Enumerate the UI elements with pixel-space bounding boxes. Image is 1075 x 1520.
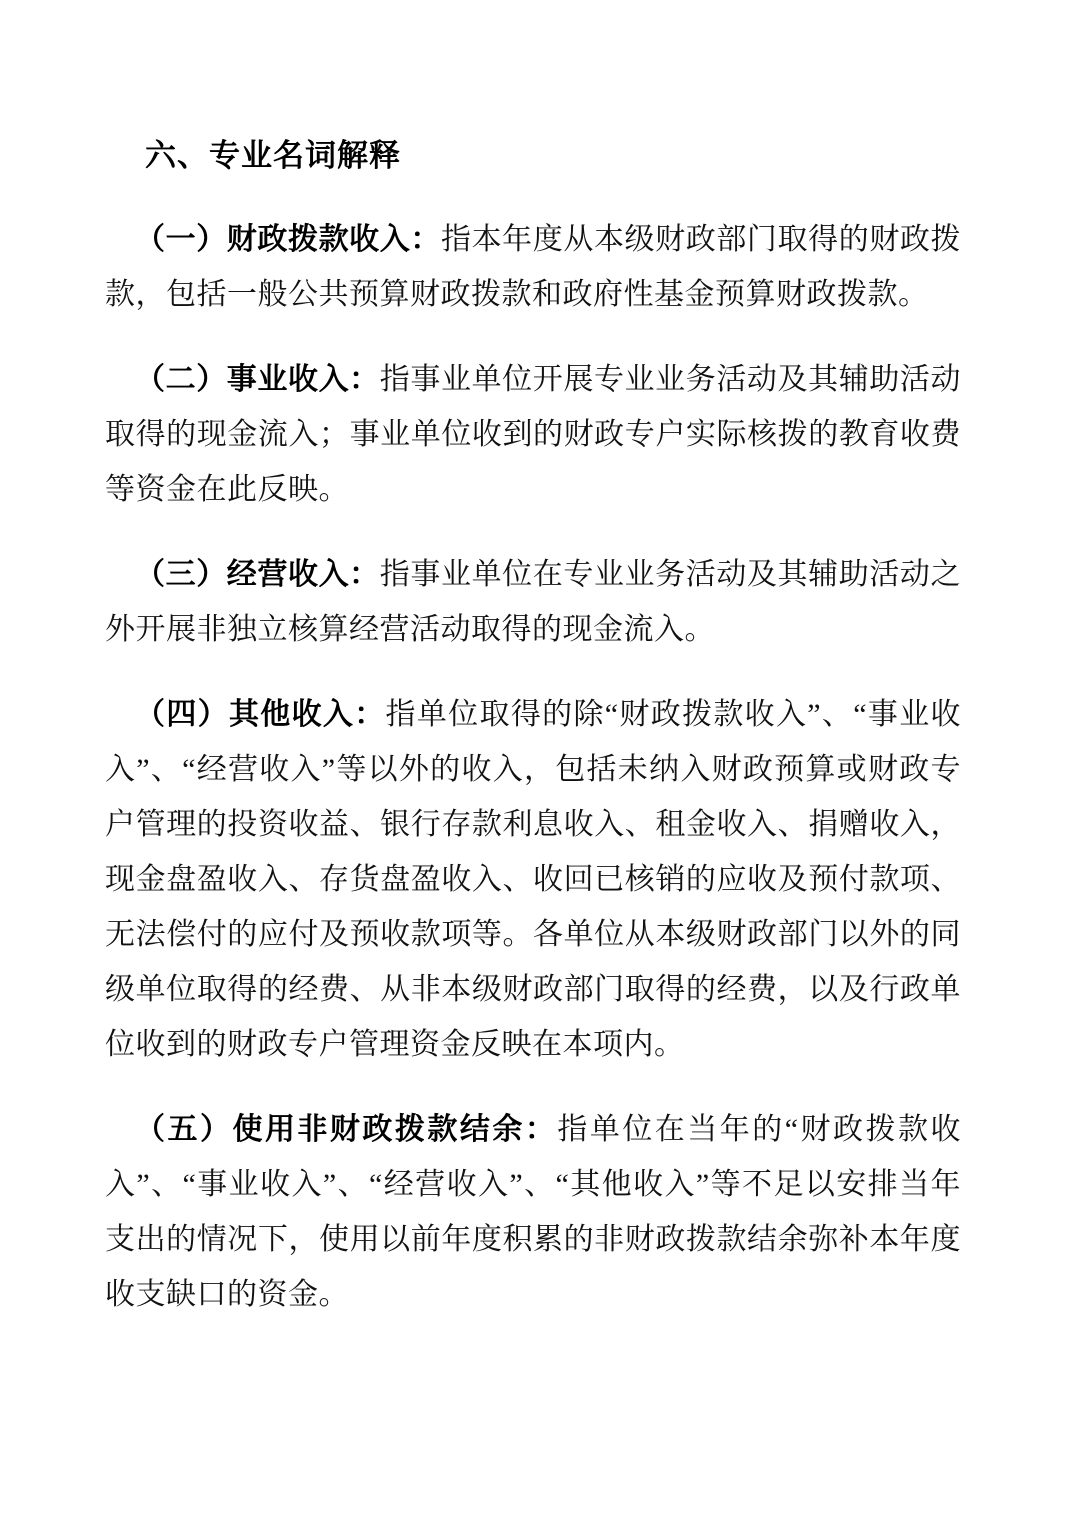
document-content: 六、专业名词解释 （一）财政拨款收入：指本年度从本级财政部门取得的财政拨款，包括… [105, 138, 961, 1352]
definition-paragraph-2: （二）事业收入：指事业单位开展专业业务活动及其辅助活动取得的现金流入；事业单位收… [105, 352, 961, 517]
definition-paragraph-3: （三）经营收入：指事业单位在专业业务活动及其辅助活动之外开展非独立核算经营活动取… [105, 547, 961, 657]
definition-paragraph-1: （一）财政拨款收入：指本年度从本级财政部门取得的财政拨款，包括一般公共预算财政拨… [105, 212, 961, 322]
term-label-4: （四）其他收入： [135, 698, 386, 731]
definition-paragraph-5: （五）使用非财政拨款结余：指单位在当年的“财政拨款收入”、“事业收入”、“经营收… [105, 1102, 961, 1322]
term-label-3: （三）经营收入： [135, 558, 380, 591]
term-label-5: （五）使用非财政拨款结余： [135, 1113, 557, 1146]
section-heading: 六、专业名词解释 [145, 138, 961, 174]
term-label-1: （一）财政拨款收入： [135, 223, 441, 256]
definition-text-4: 指单位取得的除“财政拨款收入”、“事业收入”、“经营收入”等以外的收入，包括未纳… [105, 698, 961, 1061]
document-page: 六、专业名词解释 （一）财政拨款收入：指本年度从本级财政部门取得的财政拨款，包括… [0, 0, 1075, 1520]
term-label-2: （二）事业收入： [135, 363, 380, 396]
definition-paragraph-4: （四）其他收入：指单位取得的除“财政拨款收入”、“事业收入”、“经营收入”等以外… [105, 687, 961, 1072]
